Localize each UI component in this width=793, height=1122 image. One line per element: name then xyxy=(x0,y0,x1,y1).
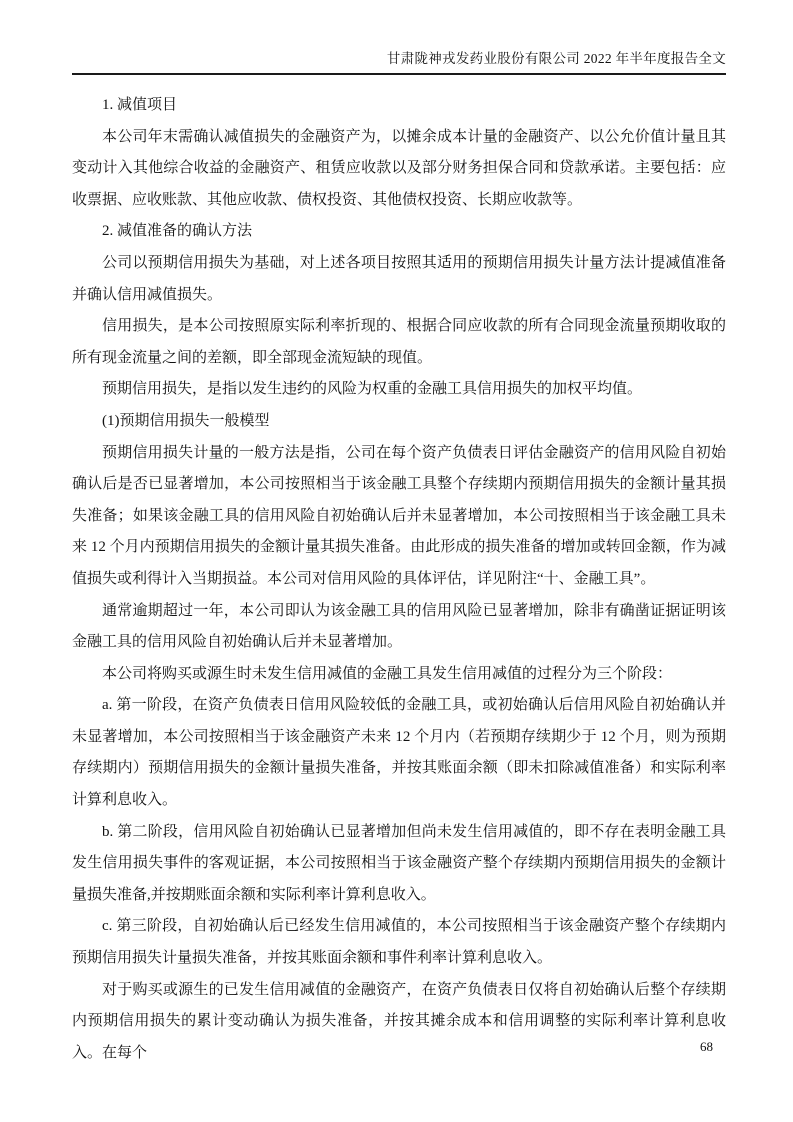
report-page: 甘肃陇神戎发药业股份有限公司 2022 年半年度报告全文 1. 减值项目 本公司… xyxy=(0,0,793,1122)
paragraph: a. 第一阶段，在资产负债表日信用风险较低的金融工具，或初始确认后信用风险自初始… xyxy=(72,690,726,816)
paragraph: 公司以预期信用损失为基础，对上述各项目按照其适用的预期信用损失计量方法计提减值准… xyxy=(72,248,726,311)
page-header-text: 甘肃陇神戎发药业股份有限公司 2022 年半年度报告全文 xyxy=(72,50,726,68)
paragraph: 预期信用损失计量的一般方法是指，公司在每个资产负债表日评估金融资产的信用风险自初… xyxy=(72,438,726,596)
paragraph: 本公司年末需确认减值损失的金融资产为，以摊余成本计量的金融资产、以公允价值计量且… xyxy=(72,122,726,217)
paragraph: 通常逾期超过一年，本公司即认为该金融工具的信用风险已显著增加，除非有确凿证据证明… xyxy=(72,596,726,659)
section-heading: 2. 减值准备的确认方法 xyxy=(72,216,726,248)
paragraph: 对于购买或源生的已发生信用减值的金融资产，在资产负债表日仅将自初始确认后整个存续… xyxy=(72,975,726,1070)
paragraph: 本公司将购买或源生时未发生信用减值的金融工具发生信用减值的过程分为三个阶段： xyxy=(72,659,726,691)
paragraph: 信用损失，是本公司按照原实际利率折现的、根据合同应收款的所有合同现金流量预期收取… xyxy=(72,311,726,374)
document-body: 1. 减值项目 本公司年末需确认减值损失的金融资产为，以摊余成本计量的金融资产、… xyxy=(72,90,726,1069)
page-number: 68 xyxy=(700,1038,713,1056)
section-heading: (1)预期信用损失一般模型 xyxy=(72,406,726,438)
header-divider xyxy=(72,73,726,75)
paragraph: b. 第二阶段，信用风险自初始确认已显著增加但尚未发生信用减值的，即不存在表明金… xyxy=(72,817,726,912)
paragraph: c. 第三阶段，自初始确认后已经发生信用减值的，本公司按照相当于该金融资产整个存… xyxy=(72,911,726,974)
section-heading: 1. 减值项目 xyxy=(72,90,726,122)
paragraph: 预期信用损失，是指以发生违约的风险为权重的金融工具信用损失的加权平均值。 xyxy=(72,374,726,406)
